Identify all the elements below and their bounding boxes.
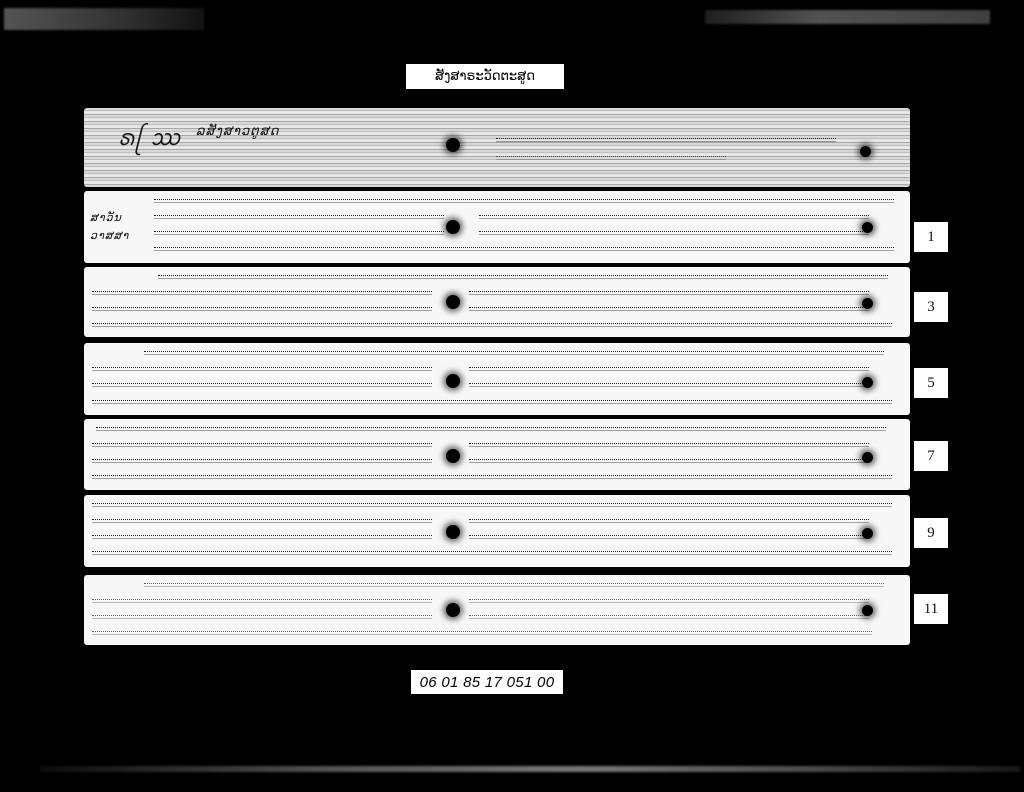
film-edge-top-left <box>4 8 204 30</box>
binding-hole <box>862 222 873 233</box>
script-line <box>479 215 869 219</box>
page-number-tag: 9 <box>914 518 948 548</box>
script-line <box>92 535 432 539</box>
script-line <box>496 138 836 142</box>
script-line <box>92 475 892 479</box>
script-line <box>469 291 869 295</box>
binding-hole <box>862 605 873 616</box>
manuscript-leaf <box>84 575 910 645</box>
film-edge-bottom <box>40 766 1020 772</box>
script-line <box>96 427 886 431</box>
script-line <box>92 291 432 295</box>
binding-hole <box>446 525 460 539</box>
script-line <box>154 247 894 251</box>
leaf-side-label: ສາວັນ <box>90 211 122 224</box>
script-line <box>92 459 432 463</box>
script-line <box>92 519 432 523</box>
manuscript-leaf <box>84 495 910 567</box>
reference-code-label: 06 01 85 17 051 00 <box>411 670 563 694</box>
binding-hole <box>862 452 873 463</box>
script-line <box>92 503 892 507</box>
cover-title-text: ລສັງສາວຕູສດ <box>196 124 279 139</box>
script-line <box>154 215 444 219</box>
page-number-tag: 5 <box>914 368 948 398</box>
binding-hole <box>446 603 460 617</box>
script-line <box>469 367 869 371</box>
script-line <box>92 443 432 447</box>
cover-left-marks: ᩁᩕ ᩔ <box>118 122 182 157</box>
script-line <box>92 323 892 327</box>
script-line <box>469 383 869 387</box>
script-line <box>479 231 869 235</box>
page-number-tag: 11 <box>914 594 948 624</box>
script-line <box>154 231 444 235</box>
manuscript-title-label: ສັງສາຣະວັດຕະສູດ <box>406 64 564 89</box>
binding-hole <box>446 449 460 463</box>
film-edge-top-right <box>705 10 990 24</box>
manuscript-leaf <box>84 343 910 415</box>
script-line <box>144 583 884 587</box>
script-line <box>92 367 432 371</box>
script-line <box>158 275 888 279</box>
binding-hole <box>862 377 873 388</box>
manuscript-leaf <box>84 419 910 490</box>
script-line <box>92 631 872 635</box>
script-line <box>92 307 432 311</box>
script-line <box>469 599 869 603</box>
script-line <box>144 351 884 355</box>
binding-hole <box>860 146 871 157</box>
leaf-side-label: ວາສສາ <box>90 229 129 242</box>
manuscript-leaf <box>84 267 910 337</box>
script-line <box>92 551 892 555</box>
script-line <box>496 156 726 160</box>
page-number-tag: 3 <box>914 292 948 322</box>
cover-leaf: ᩁᩕ ᩔ ລສັງສາວຕູສດ <box>84 108 910 187</box>
script-line <box>469 459 869 463</box>
script-line <box>92 599 432 603</box>
script-line <box>469 519 869 523</box>
script-line <box>469 535 869 539</box>
script-line <box>92 400 892 404</box>
binding-hole <box>862 528 873 539</box>
binding-hole <box>446 295 460 309</box>
script-line <box>469 443 869 447</box>
manuscript-leaf: ສາວັນ ວາສສາ <box>84 191 910 263</box>
page-number-tag: 7 <box>914 441 948 471</box>
binding-hole <box>446 138 460 152</box>
script-line <box>92 615 432 619</box>
page-number-tag: 1 <box>914 222 948 252</box>
script-line <box>154 199 894 203</box>
script-line <box>469 615 869 619</box>
binding-hole <box>446 374 460 388</box>
script-line <box>92 383 432 387</box>
binding-hole <box>862 298 873 309</box>
binding-hole <box>446 220 460 234</box>
script-line <box>469 307 869 311</box>
